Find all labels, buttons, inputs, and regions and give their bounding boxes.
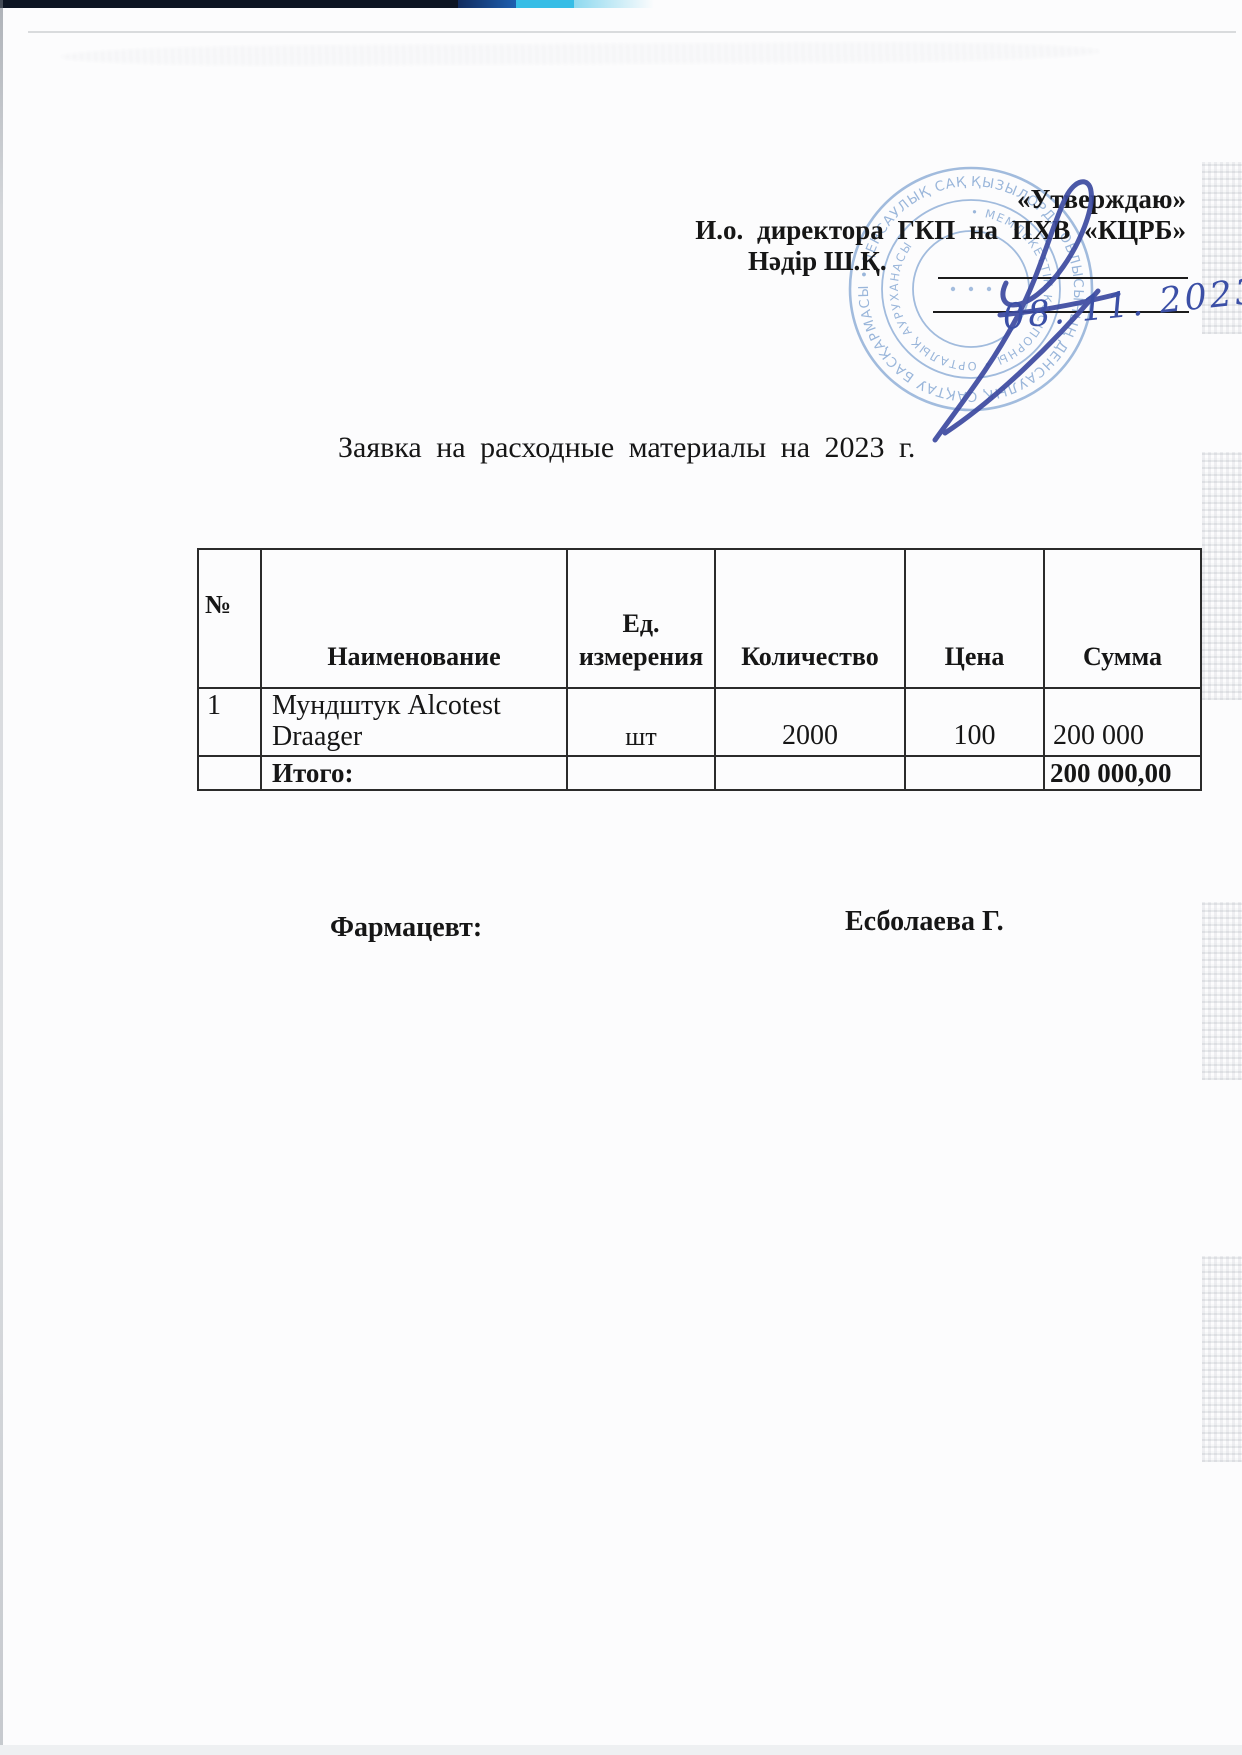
scan-fold-line (28, 31, 1236, 33)
item-number: 1 (198, 688, 261, 756)
col-header-quantity: Количество (715, 549, 905, 688)
request-items-table: № Наименование Ед. измерения Количество … (197, 548, 1202, 791)
scan-edge-bar-dark (0, 0, 458, 8)
empty-cell (198, 756, 261, 790)
empty-cell (905, 756, 1044, 790)
scan-edge-bar-fade (574, 0, 654, 8)
col-header-price: Цена (905, 549, 1044, 688)
item-name: Мундштук Alcotest Draager (261, 688, 567, 756)
bleed-through-smudge (60, 41, 1100, 66)
bleed-through-band (1202, 452, 1242, 700)
col-header-sum: Сумма (1044, 549, 1201, 688)
table-row: 1 Мундштук Alcotest Draager шт 2000 100 … (198, 688, 1201, 756)
item-unit: шт (567, 688, 715, 756)
table-header-row: № Наименование Ед. измерения Количество … (198, 549, 1201, 688)
empty-cell (715, 756, 905, 790)
table-total-row: Итого: 200 000,00 (198, 756, 1201, 790)
signatory-name: Нәдір Ш.Қ. (748, 246, 887, 277)
item-price: 100 (905, 688, 1044, 756)
total-sum: 200 000,00 (1044, 756, 1201, 790)
scan-left-edge (0, 0, 3, 1755)
scan-edge-bar-cyan (516, 0, 574, 8)
scan-bottom-edge (0, 1745, 1242, 1755)
scanned-document-page: { "document": { "approval": { "approve_w… (0, 0, 1242, 1755)
total-label: Итого: (261, 756, 567, 790)
document-title: Заявка на расходные материалы на 2023 г. (338, 431, 915, 465)
item-sum: 200 000 (1044, 688, 1201, 756)
scan-edge-bar-blue (458, 0, 516, 8)
bleed-through-band (1202, 902, 1242, 1080)
pharmacist-name: Есболаева Г. (845, 906, 1004, 938)
col-header-number: № (198, 549, 261, 688)
pharmacist-label: Фармацевт: (330, 912, 482, 944)
item-quantity: 2000 (715, 688, 905, 756)
bleed-through-band (1202, 1256, 1242, 1462)
col-header-unit: Ед. измерения (567, 549, 715, 688)
empty-cell (567, 756, 715, 790)
col-header-name: Наименование (261, 549, 567, 688)
